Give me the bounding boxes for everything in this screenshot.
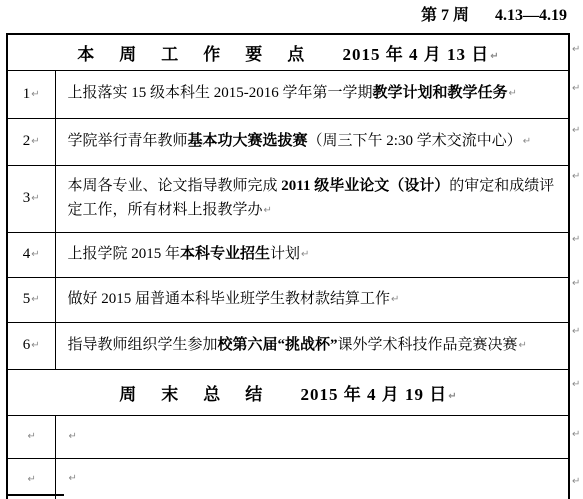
item-text-cell[interactable]: 学院举行青年教师基本功大赛选拔赛（周三下午 2:30 学术交流中心）↵ (55, 118, 569, 165)
paragraph-mark-icon: ↵ (31, 89, 39, 100)
item-text: 上报学院 2015 年 (68, 246, 181, 262)
row-end-mark-icon: ↵ (572, 327, 580, 337)
paragraph-mark-icon: ↵ (31, 136, 39, 147)
work-item-row: 4↵上报学院 2015 年本科专业招生计划↵ (7, 232, 569, 277)
paragraph-mark-icon: ↵ (523, 136, 531, 147)
item-number: 6 (23, 337, 31, 353)
item-number-cell[interactable]: 6↵ (7, 322, 55, 369)
row-end-mark-icon: ↵ (572, 380, 580, 390)
paragraph-mark-icon: ↵ (264, 205, 272, 216)
paragraph-mark-icon: ↵ (519, 340, 527, 351)
paragraph-mark-icon: ↵ (31, 340, 39, 351)
item-text: 课外学术科技作品竞赛决赛 (338, 337, 518, 353)
row-end-mark-icon: ↵ (572, 279, 580, 289)
paragraph-mark-icon: ↵ (509, 88, 517, 99)
paragraph-mark-icon: ↵ (69, 431, 77, 442)
table-title: 本 周 工 作 要 点 (77, 45, 308, 64)
item-number-cell[interactable]: 1↵ (7, 70, 55, 118)
row-end-mark-icon: ↵ (572, 477, 580, 487)
item-number-cell[interactable]: 3↵ (7, 165, 55, 232)
item-text-cell[interactable]: 做好 2015 届普通本科毕业班学生教材款结算工作↵ (55, 277, 569, 322)
empty-row: ↵ ↵ (7, 458, 569, 499)
table-bottom-edge (6, 494, 64, 496)
item-text: 指导教师组织学生参加 (68, 337, 218, 353)
item-text-bold: 教学计划和教学任务 (373, 85, 508, 101)
paragraph-mark-icon: ↵ (31, 249, 39, 260)
item-number-cell[interactable]: 5↵ (7, 277, 55, 322)
item-text-bold: 校第六届“挑战杯” (218, 337, 338, 353)
paragraph-mark-icon: ↵ (31, 193, 39, 204)
week-number-label: 第 7 周 (421, 2, 469, 25)
table-body: 本 周 工 作 要 点 2015 年 4 月 13 日↵ 1↵上报落实 15 级… (7, 34, 569, 499)
item-text-bold: 基本功大赛选拔赛 (188, 133, 308, 149)
work-item-row: 2↵学院举行青年教师基本功大赛选拔赛（周三下午 2:30 学术交流中心）↵ (7, 118, 569, 165)
item-number-cell[interactable]: 2↵ (7, 118, 55, 165)
paragraph-mark-icon: ↵ (448, 391, 456, 402)
item-text-bold: 本科专业招生 (180, 246, 270, 262)
item-text-cell[interactable]: 指导教师组织学生参加校第六届“挑战杯”课外学术科技作品竞赛决赛↵ (55, 322, 569, 369)
item-text: 做好 2015 届普通本科毕业班学生教材款结算工作 (68, 291, 391, 307)
row-end-mark-icon: ↵ (572, 84, 580, 94)
table-title-row: 本 周 工 作 要 点 2015 年 4 月 13 日↵ (7, 34, 569, 70)
weekend-summary-cell: 周 末 总 结 2015 年 4 月 19 日↵ (7, 369, 569, 415)
paragraph-mark-icon: ↵ (28, 431, 36, 442)
paragraph-mark-icon: ↵ (28, 474, 36, 485)
paragraph-mark-icon: ↵ (69, 473, 77, 484)
item-text-cell[interactable]: 本周各专业、论文指导教师完成 2011 级毕业论文（设计）的审定和成绩评定工作，… (55, 165, 569, 232)
item-text-cell[interactable]: 上报学院 2015 年本科专业招生计划↵ (55, 232, 569, 277)
week-date-range: 4.13—4.19 (495, 7, 567, 25)
weekend-summary-title: 周 末 总 结 (119, 385, 266, 404)
item-text: 上报落实 15 级本科生 2015-2016 学年第一学期 (68, 85, 373, 101)
item-text: （周三下午 2:30 学术交流中心） (308, 133, 522, 149)
weekend-summary-date: 2015 年 4 月 19 日 (301, 385, 448, 404)
item-number: 5 (23, 291, 31, 307)
item-number-cell[interactable]: 4↵ (7, 232, 55, 277)
paragraph-mark-icon: ↵ (490, 51, 498, 62)
row-end-mark-icon: ↵ (572, 126, 580, 136)
paragraph-mark-icon: ↵ (31, 294, 39, 305)
row-end-mark-icon: ↵ (572, 172, 580, 182)
empty-number-cell[interactable]: ↵ (7, 415, 55, 458)
item-text-cell[interactable]: 上报落实 15 级本科生 2015-2016 学年第一学期教学计划和教学任务↵ (55, 70, 569, 118)
weekend-summary-row: 周 末 总 结 2015 年 4 月 19 日↵ (7, 369, 569, 415)
empty-text-cell[interactable]: ↵ (55, 458, 569, 499)
item-text-bold: 2011 级毕业论文（设计） (281, 178, 449, 194)
item-text: 学院举行青年教师 (68, 133, 188, 149)
item-text: 本周各专业、论文指导教师完成 (68, 178, 282, 194)
work-item-row: 1↵上报落实 15 级本科生 2015-2016 学年第一学期教学计划和教学任务… (7, 70, 569, 118)
item-number: 1 (23, 86, 31, 102)
table-title-date: 2015 年 4 月 13 日 (343, 45, 490, 64)
weekly-work-table: 本 周 工 作 要 点 2015 年 4 月 13 日↵ 1↵上报落实 15 级… (6, 33, 570, 499)
item-number: 4 (23, 246, 31, 262)
item-number: 2 (23, 133, 31, 149)
empty-number-cell[interactable]: ↵ (7, 458, 55, 499)
work-item-row: 3↵本周各专业、论文指导教师完成 2011 级毕业论文（设计）的审定和成绩评定工… (7, 165, 569, 232)
row-end-mark-icon: ↵ (572, 235, 580, 245)
document-page: 第 7 周 4.13—4.19 本 周 工 作 要 点 2015 年 4 月 1… (0, 0, 583, 499)
paragraph-mark-icon: ↵ (301, 249, 309, 260)
row-end-mark-icon: ↵ (572, 430, 580, 440)
table-title-cell: 本 周 工 作 要 点 2015 年 4 月 13 日↵ (7, 34, 569, 70)
work-item-row: 6↵指导教师组织学生参加校第六届“挑战杯”课外学术科技作品竞赛决赛↵ (7, 322, 569, 369)
work-item-row: 5↵做好 2015 届普通本科毕业班学生教材款结算工作↵ (7, 277, 569, 322)
empty-row: ↵ ↵ (7, 415, 569, 458)
row-end-mark-icon: ↵ (572, 45, 580, 55)
item-number: 3 (23, 190, 31, 206)
week-header: 第 7 周 4.13—4.19 (421, 2, 567, 25)
empty-text-cell[interactable]: ↵ (55, 415, 569, 458)
paragraph-mark-icon: ↵ (391, 294, 399, 305)
item-text: 计划 (270, 246, 300, 262)
